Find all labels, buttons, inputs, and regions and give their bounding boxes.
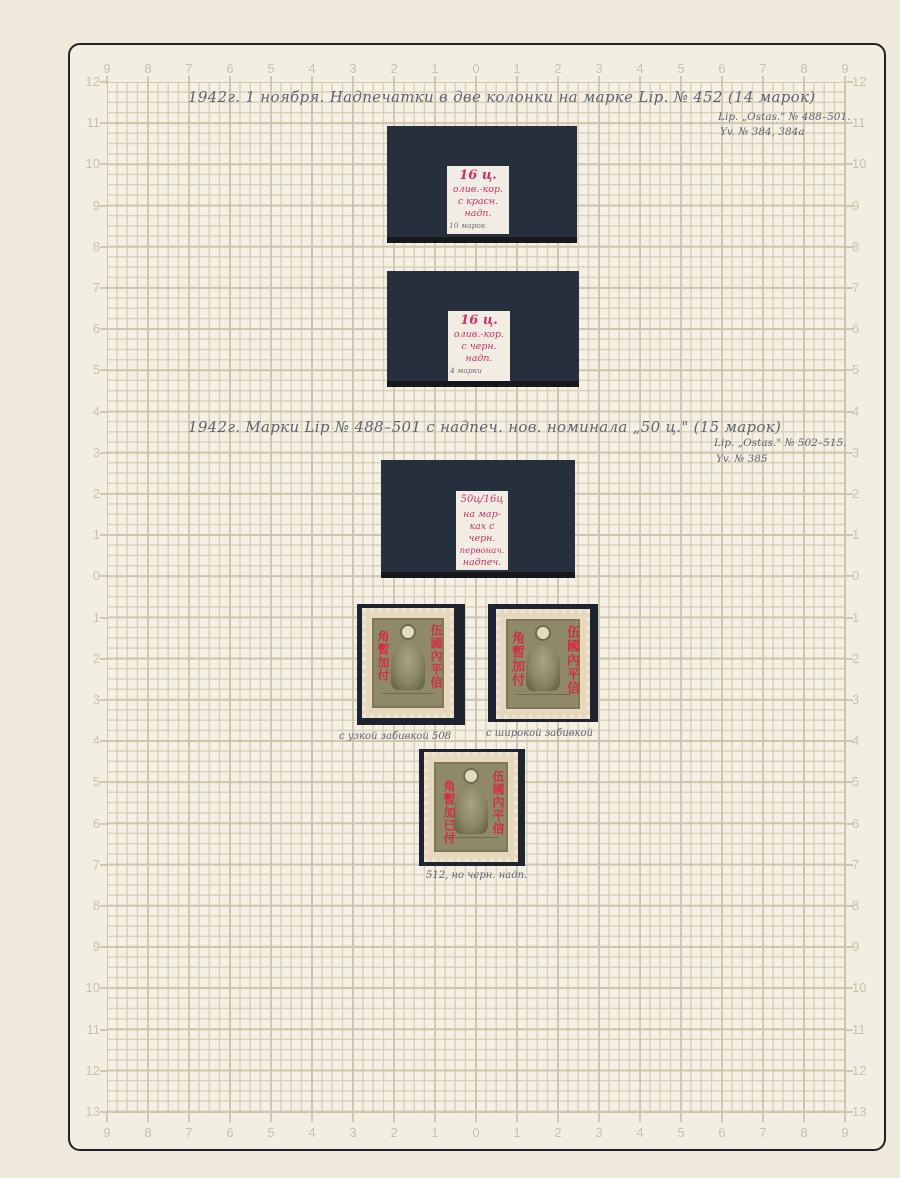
y-axis-tick [100, 575, 108, 577]
y-axis-tick [100, 781, 108, 783]
y-axis-tick [100, 658, 108, 660]
x-axis-tick [762, 76, 764, 84]
x-axis-bottom-label: 7 [179, 1126, 199, 1140]
y-axis-tick [845, 328, 853, 330]
y-axis-tick [100, 946, 108, 948]
y-axis-left-label: 12 [80, 75, 100, 89]
x-axis-tick [147, 76, 149, 84]
portrait-image [454, 788, 488, 834]
x-axis-top-label: 1 [507, 62, 527, 76]
x-axis-tick [188, 76, 190, 84]
y-axis-left-label: 7 [80, 281, 100, 295]
section1-heading: 1942г. 1 ноября. Надпечатки в две колонк… [188, 88, 815, 106]
x-axis-top-label: 8 [794, 62, 814, 76]
y-axis-left-label: 13 [80, 1105, 100, 1119]
y-axis-right-label: 2 [852, 652, 872, 666]
stamp-mount-2[interactable]: 角暫加付 伍國內平信 [488, 604, 598, 722]
y-axis-right-label: 7 [852, 858, 872, 872]
y-axis-tick [100, 452, 108, 454]
y-axis-left-label: 10 [80, 157, 100, 171]
x-axis-top-label: 8 [138, 62, 158, 76]
stock-card-2[interactable]: 16 ц. олив.-кор. с черн. надп. 4 марки [387, 271, 579, 387]
y-axis-left-label: 8 [80, 240, 100, 254]
y-axis-right-label: 9 [852, 940, 872, 954]
x-axis-tick [393, 1112, 395, 1122]
x-axis-tick [721, 1112, 723, 1122]
note-count: 10 марок [449, 220, 507, 232]
y-axis-right-label: 4 [852, 405, 872, 419]
x-axis-bottom-label: 9 [835, 1126, 855, 1140]
y-axis-left-label: 5 [80, 775, 100, 789]
stamp-3[interactable]: 角暫加已付 伍國內平信 [424, 752, 518, 862]
y-axis-tick [100, 493, 108, 495]
y-axis-tick [100, 1070, 108, 1072]
y-axis-tick [100, 287, 108, 289]
y-axis-tick [845, 452, 853, 454]
x-axis-tick [229, 1112, 231, 1122]
y-axis-tick [100, 864, 108, 866]
y-axis-tick [845, 81, 853, 83]
x-axis-tick [680, 1112, 682, 1122]
y-axis-tick [845, 740, 853, 742]
y-axis-left-label: 3 [80, 693, 100, 707]
x-axis-top-label: 4 [302, 62, 322, 76]
y-axis-tick [845, 369, 853, 371]
x-axis-top-label: 2 [548, 62, 568, 76]
y-axis-left-label: 2 [80, 652, 100, 666]
x-axis-bottom-label: 7 [753, 1126, 773, 1140]
x-axis-tick [434, 1112, 436, 1122]
x-axis-tick [598, 1112, 600, 1122]
x-axis-tick [352, 76, 354, 84]
x-axis-tick [270, 76, 272, 84]
overprint-right: 伍國內平信 [565, 625, 578, 695]
note-line: первонач. [458, 545, 506, 557]
x-axis-tick [680, 76, 682, 84]
y-axis-tick [100, 823, 108, 825]
x-axis-tick [803, 76, 805, 84]
note-line: ках с [458, 521, 506, 533]
y-axis-right-label: 8 [852, 240, 872, 254]
section2-ref-line1: Lip. „Ostas." № 502–515. [714, 437, 846, 450]
y-axis-tick [845, 287, 853, 289]
y-axis-tick [845, 1070, 853, 1072]
x-axis-bottom-label: 6 [220, 1126, 240, 1140]
y-axis-right-label: 12 [852, 1064, 872, 1078]
y-axis-tick [100, 205, 108, 207]
x-axis-tick [188, 1112, 190, 1122]
y-axis-left-label: 5 [80, 363, 100, 377]
y-axis-left-label: 6 [80, 817, 100, 831]
y-axis-left-label: 9 [80, 940, 100, 954]
x-axis-tick [352, 1112, 354, 1122]
x-axis-top-label: 3 [589, 62, 609, 76]
x-axis-tick [229, 76, 231, 84]
y-axis-right-label: 6 [852, 817, 872, 831]
y-axis-tick [100, 699, 108, 701]
section1-ref-line2: Yv. № 384, 384a [720, 126, 805, 139]
note-count: 4 марки [450, 365, 508, 377]
x-axis-bottom-label: 3 [343, 1126, 363, 1140]
y-axis-right-label: 5 [852, 363, 872, 377]
y-axis-right-label: 6 [852, 322, 872, 336]
overprint-right: 伍國內平信 [429, 624, 442, 689]
x-axis-tick [844, 1112, 846, 1122]
y-axis-tick [100, 81, 108, 83]
note-card-2: 16 ц. олив.-кор. с черн. надп. 4 марки [448, 311, 510, 381]
y-axis-left-label: 12 [80, 1064, 100, 1078]
x-axis-top-label: 2 [384, 62, 404, 76]
y-axis-right-label: 12 [852, 75, 872, 89]
x-axis-top-label: 9 [97, 62, 117, 76]
y-axis-tick [845, 617, 853, 619]
x-axis-tick [557, 76, 559, 84]
y-axis-tick [845, 987, 853, 989]
y-axis-right-label: 13 [852, 1105, 872, 1119]
y-axis-right-label: 7 [852, 281, 872, 295]
x-axis-top-label: 5 [671, 62, 691, 76]
y-axis-tick [100, 1029, 108, 1031]
x-axis-tick [475, 1112, 477, 1122]
overprint-left: 角暫加付 [510, 631, 523, 687]
x-axis-bottom-label: 2 [548, 1126, 568, 1140]
stamp-1-caption: с узкой забивкой 508 [339, 731, 451, 742]
x-axis-bottom-label: 9 [97, 1126, 117, 1140]
y-axis-left-label: 6 [80, 322, 100, 336]
x-axis-tick [598, 76, 600, 84]
y-axis-right-label: 10 [852, 157, 872, 171]
y-axis-tick [845, 411, 853, 413]
x-axis-tick [147, 1112, 149, 1122]
y-axis-left-label: 9 [80, 199, 100, 213]
x-axis-tick [311, 76, 313, 84]
overprint-left: 角暫加付 [376, 630, 389, 682]
x-axis-tick [393, 76, 395, 84]
y-axis-tick [100, 411, 108, 413]
y-axis-tick [845, 163, 853, 165]
overprint-left: 角暫加已付 [442, 780, 455, 845]
x-axis-bottom-label: 3 [589, 1126, 609, 1140]
note-line: с красн. [449, 196, 507, 208]
stamp-2[interactable]: 角暫加付 伍國內平信 [496, 609, 590, 719]
x-axis-tick [516, 1112, 518, 1122]
x-axis-bottom-label: 6 [712, 1126, 732, 1140]
y-axis-left-label: 7 [80, 858, 100, 872]
x-axis-tick [639, 1112, 641, 1122]
x-axis-bottom-label: 1 [425, 1126, 445, 1140]
y-axis-tick [845, 534, 853, 536]
x-axis-top-label: 4 [630, 62, 650, 76]
x-axis-tick [270, 1112, 272, 1122]
x-axis-tick [721, 76, 723, 84]
x-axis-bottom-label: 0 [466, 1126, 486, 1140]
note-line: олив.-кор. [450, 329, 508, 341]
note-line: черн. [458, 533, 506, 545]
note-value: 16 ц. [450, 315, 508, 327]
y-axis-tick [845, 575, 853, 577]
x-axis-top-label: 7 [753, 62, 773, 76]
x-axis-bottom-label: 5 [261, 1126, 281, 1140]
y-axis-tick [100, 905, 108, 907]
section2-heading: 1942г. Марки Lip № 488–501 с надпеч. нов… [188, 418, 781, 436]
sun-emblem-icon [535, 625, 551, 641]
x-axis-top-label: 0 [466, 62, 486, 76]
x-axis-tick [557, 1112, 559, 1122]
x-axis-bottom-label: 8 [794, 1126, 814, 1140]
y-axis-left-label: 1 [80, 611, 100, 625]
y-axis-right-label: 3 [852, 446, 872, 460]
y-axis-right-label: 4 [852, 734, 872, 748]
x-axis-top-label: 6 [220, 62, 240, 76]
x-axis-bottom-label: 4 [302, 1126, 322, 1140]
y-axis-right-label: 11 [852, 1023, 872, 1037]
x-axis-top-label: 5 [261, 62, 281, 76]
stamp-inscription [516, 694, 570, 703]
y-axis-right-label: 11 [852, 116, 872, 130]
sun-emblem-icon [463, 768, 479, 784]
y-axis-tick [845, 905, 853, 907]
y-axis-left-label: 4 [80, 734, 100, 748]
y-axis-tick [100, 369, 108, 371]
y-axis-tick [845, 246, 853, 248]
y-axis-tick [845, 1029, 853, 1031]
y-axis-left-label: 8 [80, 899, 100, 913]
x-axis-tick [311, 1112, 313, 1122]
y-axis-tick [100, 328, 108, 330]
y-axis-tick [100, 163, 108, 165]
y-axis-right-label: 3 [852, 693, 872, 707]
note-value: 16 ц. [449, 170, 507, 182]
y-axis-left-label: 2 [80, 487, 100, 501]
y-axis-right-label: 2 [852, 487, 872, 501]
y-axis-tick [845, 823, 853, 825]
y-axis-right-label: 1 [852, 528, 872, 542]
stamp-1[interactable]: 角暫加付 伍國內平信 [362, 608, 454, 718]
y-axis-left-label: 3 [80, 446, 100, 460]
y-axis-tick [100, 1111, 108, 1113]
y-axis-tick [845, 781, 853, 783]
x-axis-bottom-label: 4 [630, 1126, 650, 1140]
x-axis-top-label: 7 [179, 62, 199, 76]
y-axis-tick [100, 122, 108, 124]
portrait-image [526, 645, 560, 691]
y-axis-tick [100, 246, 108, 248]
note-line: олив.-кор. [449, 184, 507, 196]
portrait-image [391, 644, 425, 690]
x-axis-bottom-label: 5 [671, 1126, 691, 1140]
x-axis-tick [475, 76, 477, 84]
y-axis-right-label: 9 [852, 199, 872, 213]
y-axis-tick [845, 493, 853, 495]
stamp-inscription [382, 693, 434, 702]
x-axis-top-label: 6 [712, 62, 732, 76]
y-axis-tick [100, 987, 108, 989]
stamp-2-caption: с широкой забивкой [486, 728, 593, 739]
x-axis-bottom-label: 8 [138, 1126, 158, 1140]
y-axis-tick [100, 740, 108, 742]
y-axis-tick [845, 864, 853, 866]
y-axis-tick [845, 658, 853, 660]
note-line: надпеч. [458, 557, 506, 569]
y-axis-tick [845, 699, 853, 701]
y-axis-right-label: 5 [852, 775, 872, 789]
section2-ref-line2: Yv. № 385 [716, 453, 768, 466]
section1-ref-line1: Lip. „Ostas." № 488–501. [718, 111, 850, 124]
note-line: надп. [450, 353, 508, 365]
x-axis-top-label: 1 [425, 62, 445, 76]
x-axis-tick [434, 76, 436, 84]
stock-card-1[interactable]: 16 ц. олив.-кор. с красн. надп. 10 марок [387, 126, 577, 243]
y-axis-tick [100, 617, 108, 619]
y-axis-tick [845, 1111, 853, 1113]
stock-card-3[interactable]: 50ц/16ц на мар- ках с черн. первонач. на… [381, 460, 575, 578]
note-value: 50ц/16ц [458, 494, 506, 506]
note-line: с черн. [450, 341, 508, 353]
x-axis-tick [762, 1112, 764, 1122]
y-axis-right-label: 0 [852, 569, 872, 583]
y-axis-left-label: 10 [80, 981, 100, 995]
x-axis-top-label: 3 [343, 62, 363, 76]
x-axis-tick [639, 76, 641, 84]
stamp-3-caption: 512, но черн. надп. [426, 870, 527, 881]
x-axis-bottom-label: 2 [384, 1126, 404, 1140]
y-axis-left-label: 11 [80, 1023, 100, 1037]
overprint-right: 伍國內平信 [491, 770, 504, 835]
y-axis-right-label: 1 [852, 611, 872, 625]
x-axis-tick [803, 1112, 805, 1122]
y-axis-right-label: 8 [852, 899, 872, 913]
y-axis-tick [845, 205, 853, 207]
sun-emblem-icon [400, 624, 416, 640]
stamp-mount-1[interactable]: 角暫加付 伍國內平信 [357, 604, 465, 725]
y-axis-left-label: 4 [80, 405, 100, 419]
note-line: на мар- [458, 509, 506, 521]
x-axis-tick [106, 1112, 108, 1122]
y-axis-left-label: 0 [80, 569, 100, 583]
note-line: надп. [449, 208, 507, 220]
note-card-1: 16 ц. олив.-кор. с красн. надп. 10 марок [447, 166, 509, 234]
y-axis-left-label: 11 [80, 116, 100, 130]
note-card-3: 50ц/16ц на мар- ках с черн. первонач. на… [456, 491, 508, 570]
x-axis-bottom-label: 1 [507, 1126, 527, 1140]
y-axis-tick [100, 534, 108, 536]
y-axis-tick [845, 946, 853, 948]
y-axis-right-label: 10 [852, 981, 872, 995]
x-axis-tick [516, 76, 518, 84]
y-axis-left-label: 1 [80, 528, 100, 542]
stamp-mount-3[interactable]: 角暫加已付 伍國內平信 [419, 749, 525, 866]
